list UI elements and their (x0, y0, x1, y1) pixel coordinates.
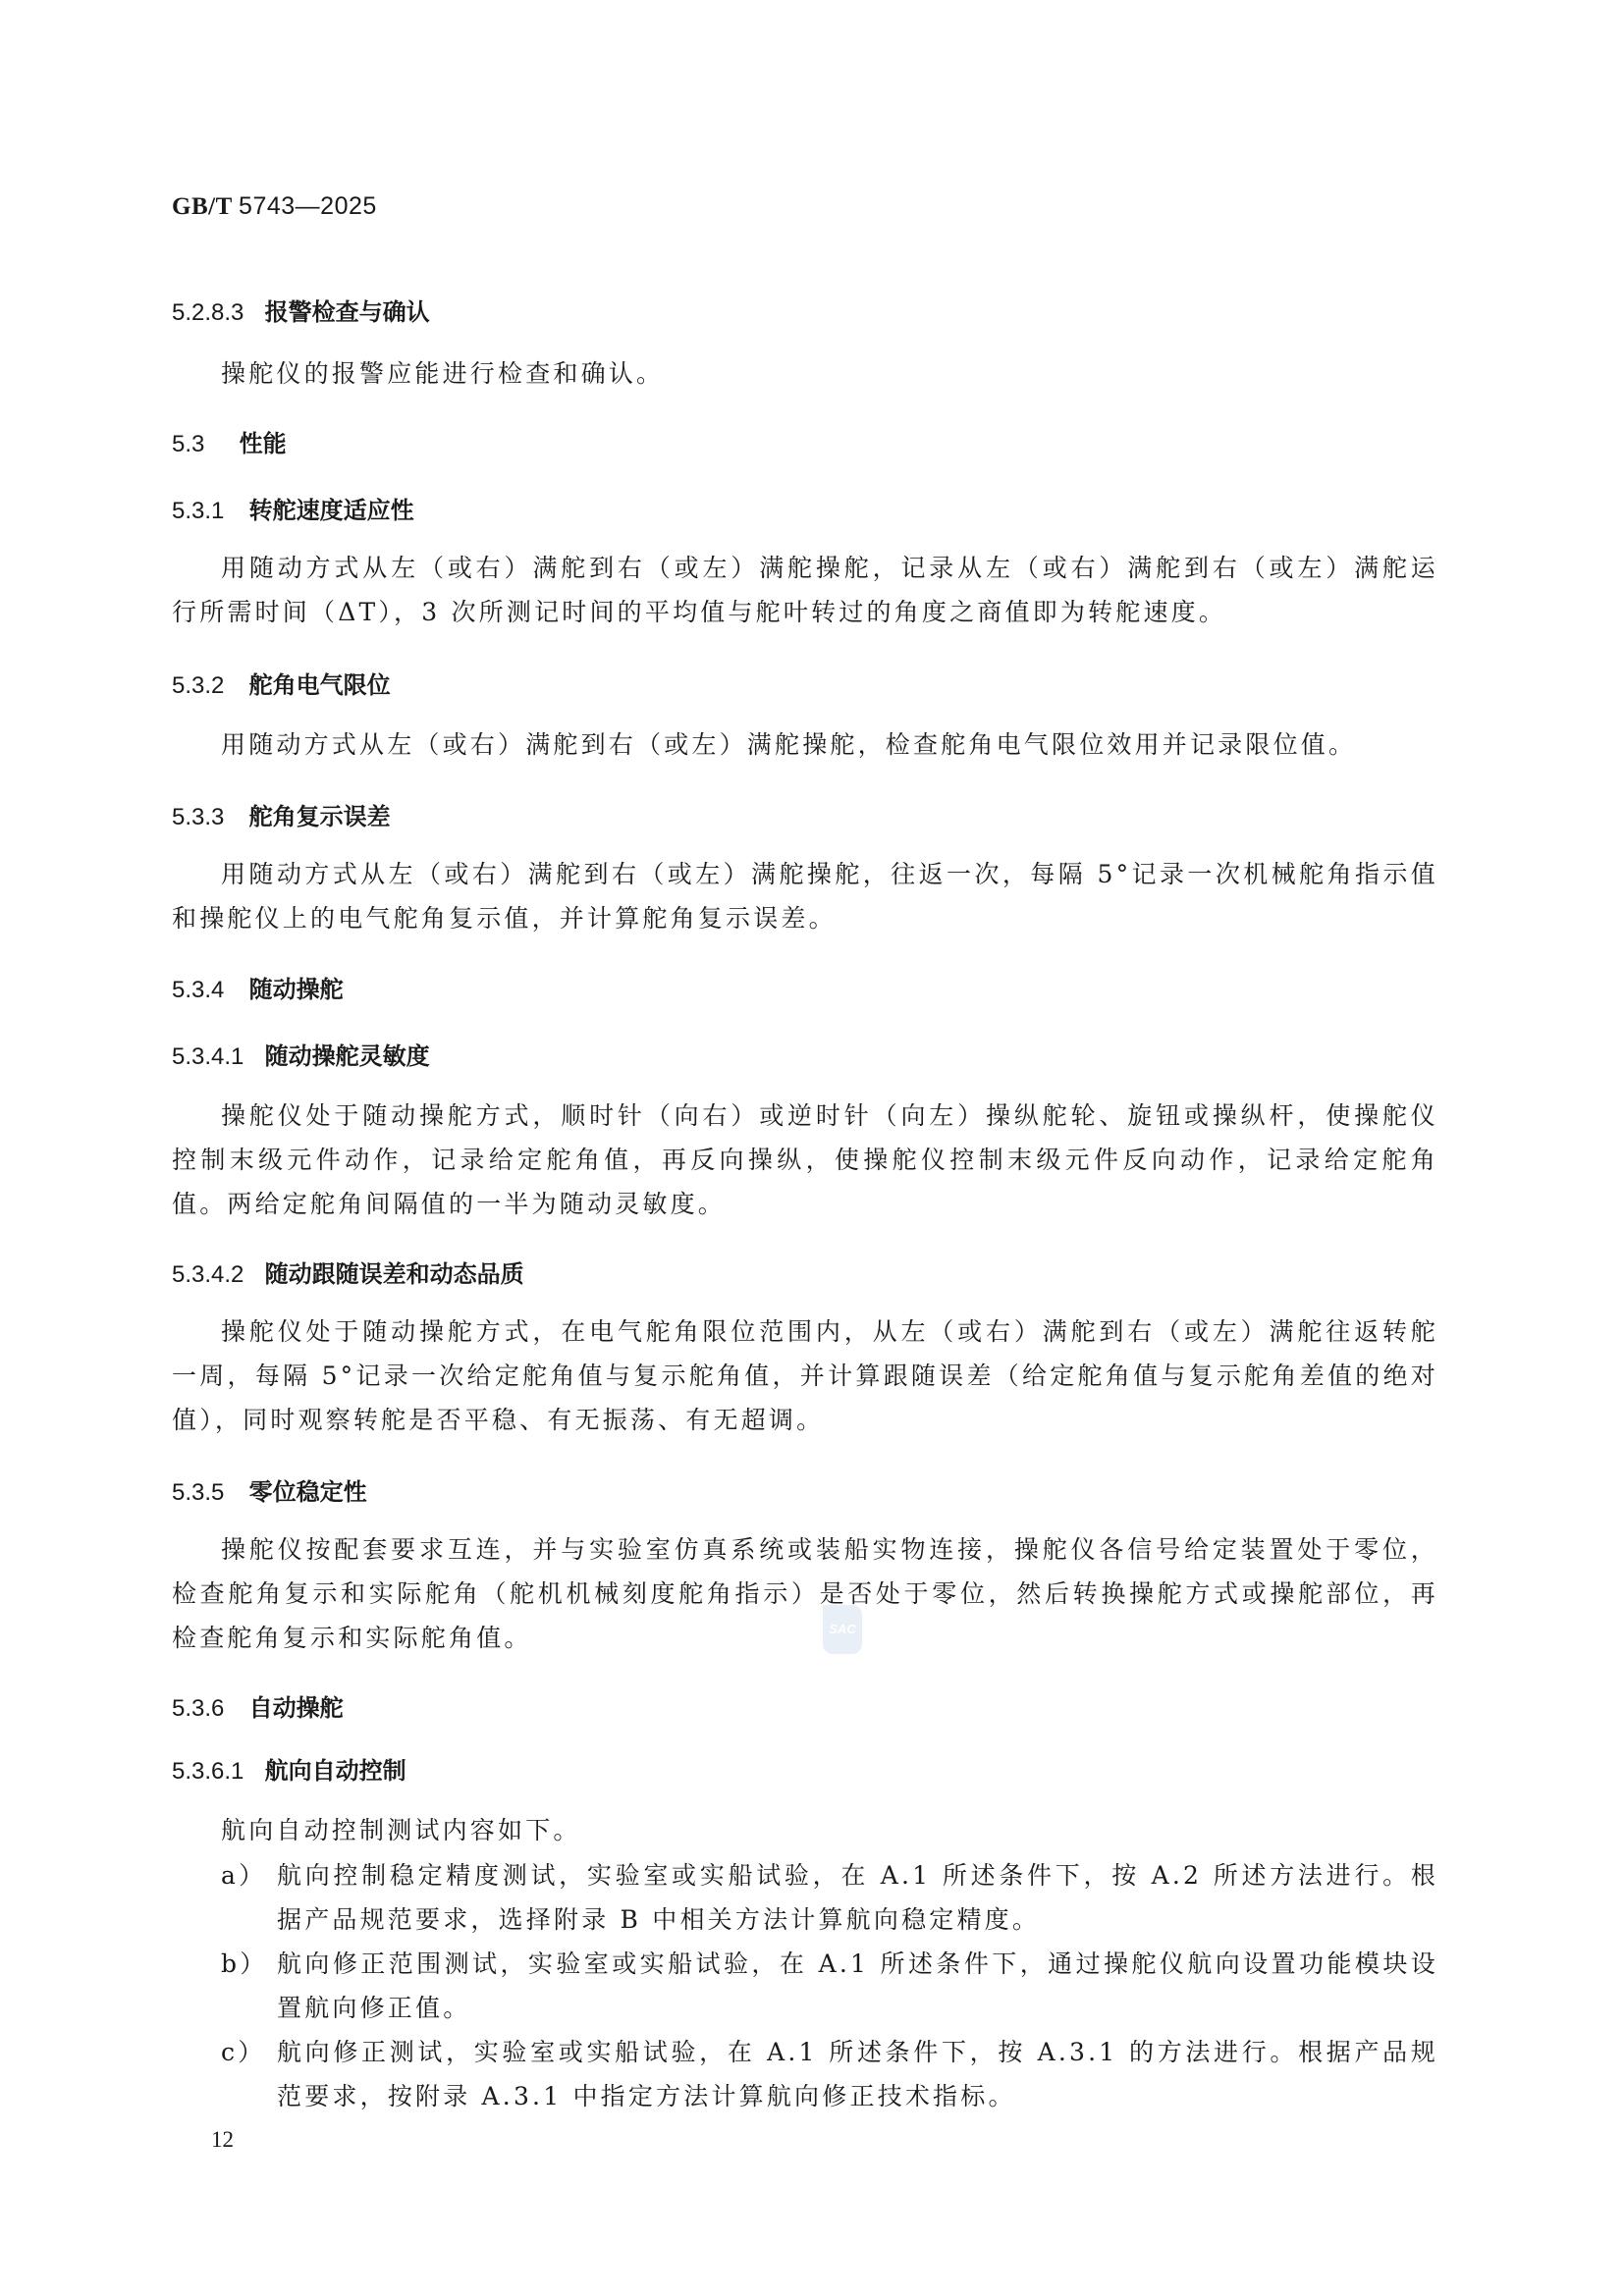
paragraph-5-3-4-1: 操舵仪处于随动操舵方式，顺时针（向右）或逆时针（向左）操纵舵轮、旋钮或操纵杆，使… (172, 1094, 1438, 1226)
section-number: 5.3.4.2 (172, 1261, 258, 1289)
section-number: 5.3.6 (172, 1695, 243, 1723)
list-marker: a） (221, 1853, 260, 1897)
section-heading-5-3-2: 5.3.2 舵角电气限位 (172, 666, 391, 700)
paragraph-5-3-4-2: 操舵仪处于随动操舵方式，在电气舵角限位范围内，从左（或右）满舵到右（或左）满舵往… (172, 1309, 1438, 1442)
paragraph-5-3-3: 用随动方式从左（或右）满舵到右（或左）满舵操舵，往返一次，每隔 5°记录一次机械… (172, 852, 1438, 940)
section-number: 5.3.1 (172, 498, 243, 525)
section-title: 随动操舵灵敏度 (265, 1043, 430, 1070)
section-title: 航向自动控制 (265, 1758, 406, 1785)
sac-watermark-logo: SAC (823, 1605, 862, 1654)
section-number: 5.3.2 (172, 672, 243, 700)
section-heading-5-3-6: 5.3.6 自动操舵 (172, 1688, 344, 1723)
section-heading-5-3-4-1: 5.3.4.1 随动操舵灵敏度 (172, 1037, 430, 1071)
section-number: 5.3 (172, 431, 233, 458)
paragraph-5-3-2: 用随动方式从左（或右）满舵到右（或左）满舵操舵，检查舵角电气限位效用并记录限位值… (172, 722, 1438, 767)
section-heading-5-3-1: 5.3.1 转舵速度适应性 (172, 491, 414, 525)
document-code: GB/T 5743—2025 (172, 192, 377, 221)
section-heading-5-3: 5.3 性能 (172, 424, 287, 458)
doc-number: 5743—2025 (239, 192, 377, 220)
section-title: 舵角复示误差 (249, 804, 391, 830)
paragraph-5-3-6-1-intro: 航向自动控制测试内容如下。 (221, 1808, 1438, 1852)
section-title: 性能 (240, 431, 287, 457)
section-heading-5-3-4-2: 5.3.4.2 随动跟随误差和动态品质 (172, 1255, 524, 1289)
section-heading-5-3-6-1: 5.3.6.1 航向自动控制 (172, 1751, 406, 1786)
section-heading-5-3-5: 5.3.5 零位稳定性 (172, 1472, 367, 1507)
list-item-text: 航向控制稳定精度测试，实验室或实船试验，在 A.1 所述条件下，按 A.2 所述… (277, 1853, 1438, 1942)
paragraph-5-3-1: 用随动方式从左（或右）满舵到右（或左）满舵操舵，记录从左（或右）满舵到右（或左）… (172, 546, 1438, 634)
section-title: 舵角电气限位 (249, 672, 391, 699)
section-title: 转舵速度适应性 (249, 498, 414, 524)
section-number: 5.3.4.1 (172, 1043, 258, 1071)
section-heading-5-2-8-3: 5.2.8.3 报警检查与确认 (172, 293, 430, 327)
doc-prefix: GB/T (172, 193, 232, 220)
section-title: 自动操舵 (249, 1695, 344, 1722)
section-title: 随动操舵 (249, 977, 344, 1003)
list-item-text: 航向修正测试，实验室或实船试验，在 A.1 所述条件下，按 A.3.1 的方法进… (277, 2030, 1438, 2118)
document-page: GB/T 5743—2025 5.2.8.3 报警检查与确认 操舵仪的报警应能进… (0, 0, 1624, 2296)
section-title: 随动跟随误差和动态品质 (265, 1261, 524, 1288)
section-heading-5-3-3: 5.3.3 舵角复示误差 (172, 797, 391, 831)
section-number: 5.3.6.1 (172, 1758, 258, 1786)
page-number: 12 (211, 2127, 234, 2153)
section-number: 5.3.3 (172, 804, 243, 831)
list-marker: c） (221, 2030, 260, 2074)
list-item-text: 航向修正范围测试，实验室或实船试验，在 A.1 所述条件下，通过操舵仪航向设置功… (277, 1942, 1438, 2030)
paragraph-5-2-8-3: 操舵仪的报警应能进行检查和确认。 (172, 351, 1438, 396)
list-marker: b） (221, 1942, 260, 1986)
section-number: 5.3.5 (172, 1479, 243, 1507)
section-number: 5.2.8.3 (172, 299, 258, 327)
section-title: 报警检查与确认 (265, 299, 430, 326)
section-heading-5-3-4: 5.3.4 随动操舵 (172, 970, 344, 1004)
section-number: 5.3.4 (172, 977, 243, 1004)
section-title: 零位稳定性 (249, 1479, 367, 1506)
paragraph-5-3-5: 操舵仪按配套要求互连，并与实验室仿真系统或装船实物连接，操舵仪各信号给定装置处于… (172, 1527, 1438, 1660)
